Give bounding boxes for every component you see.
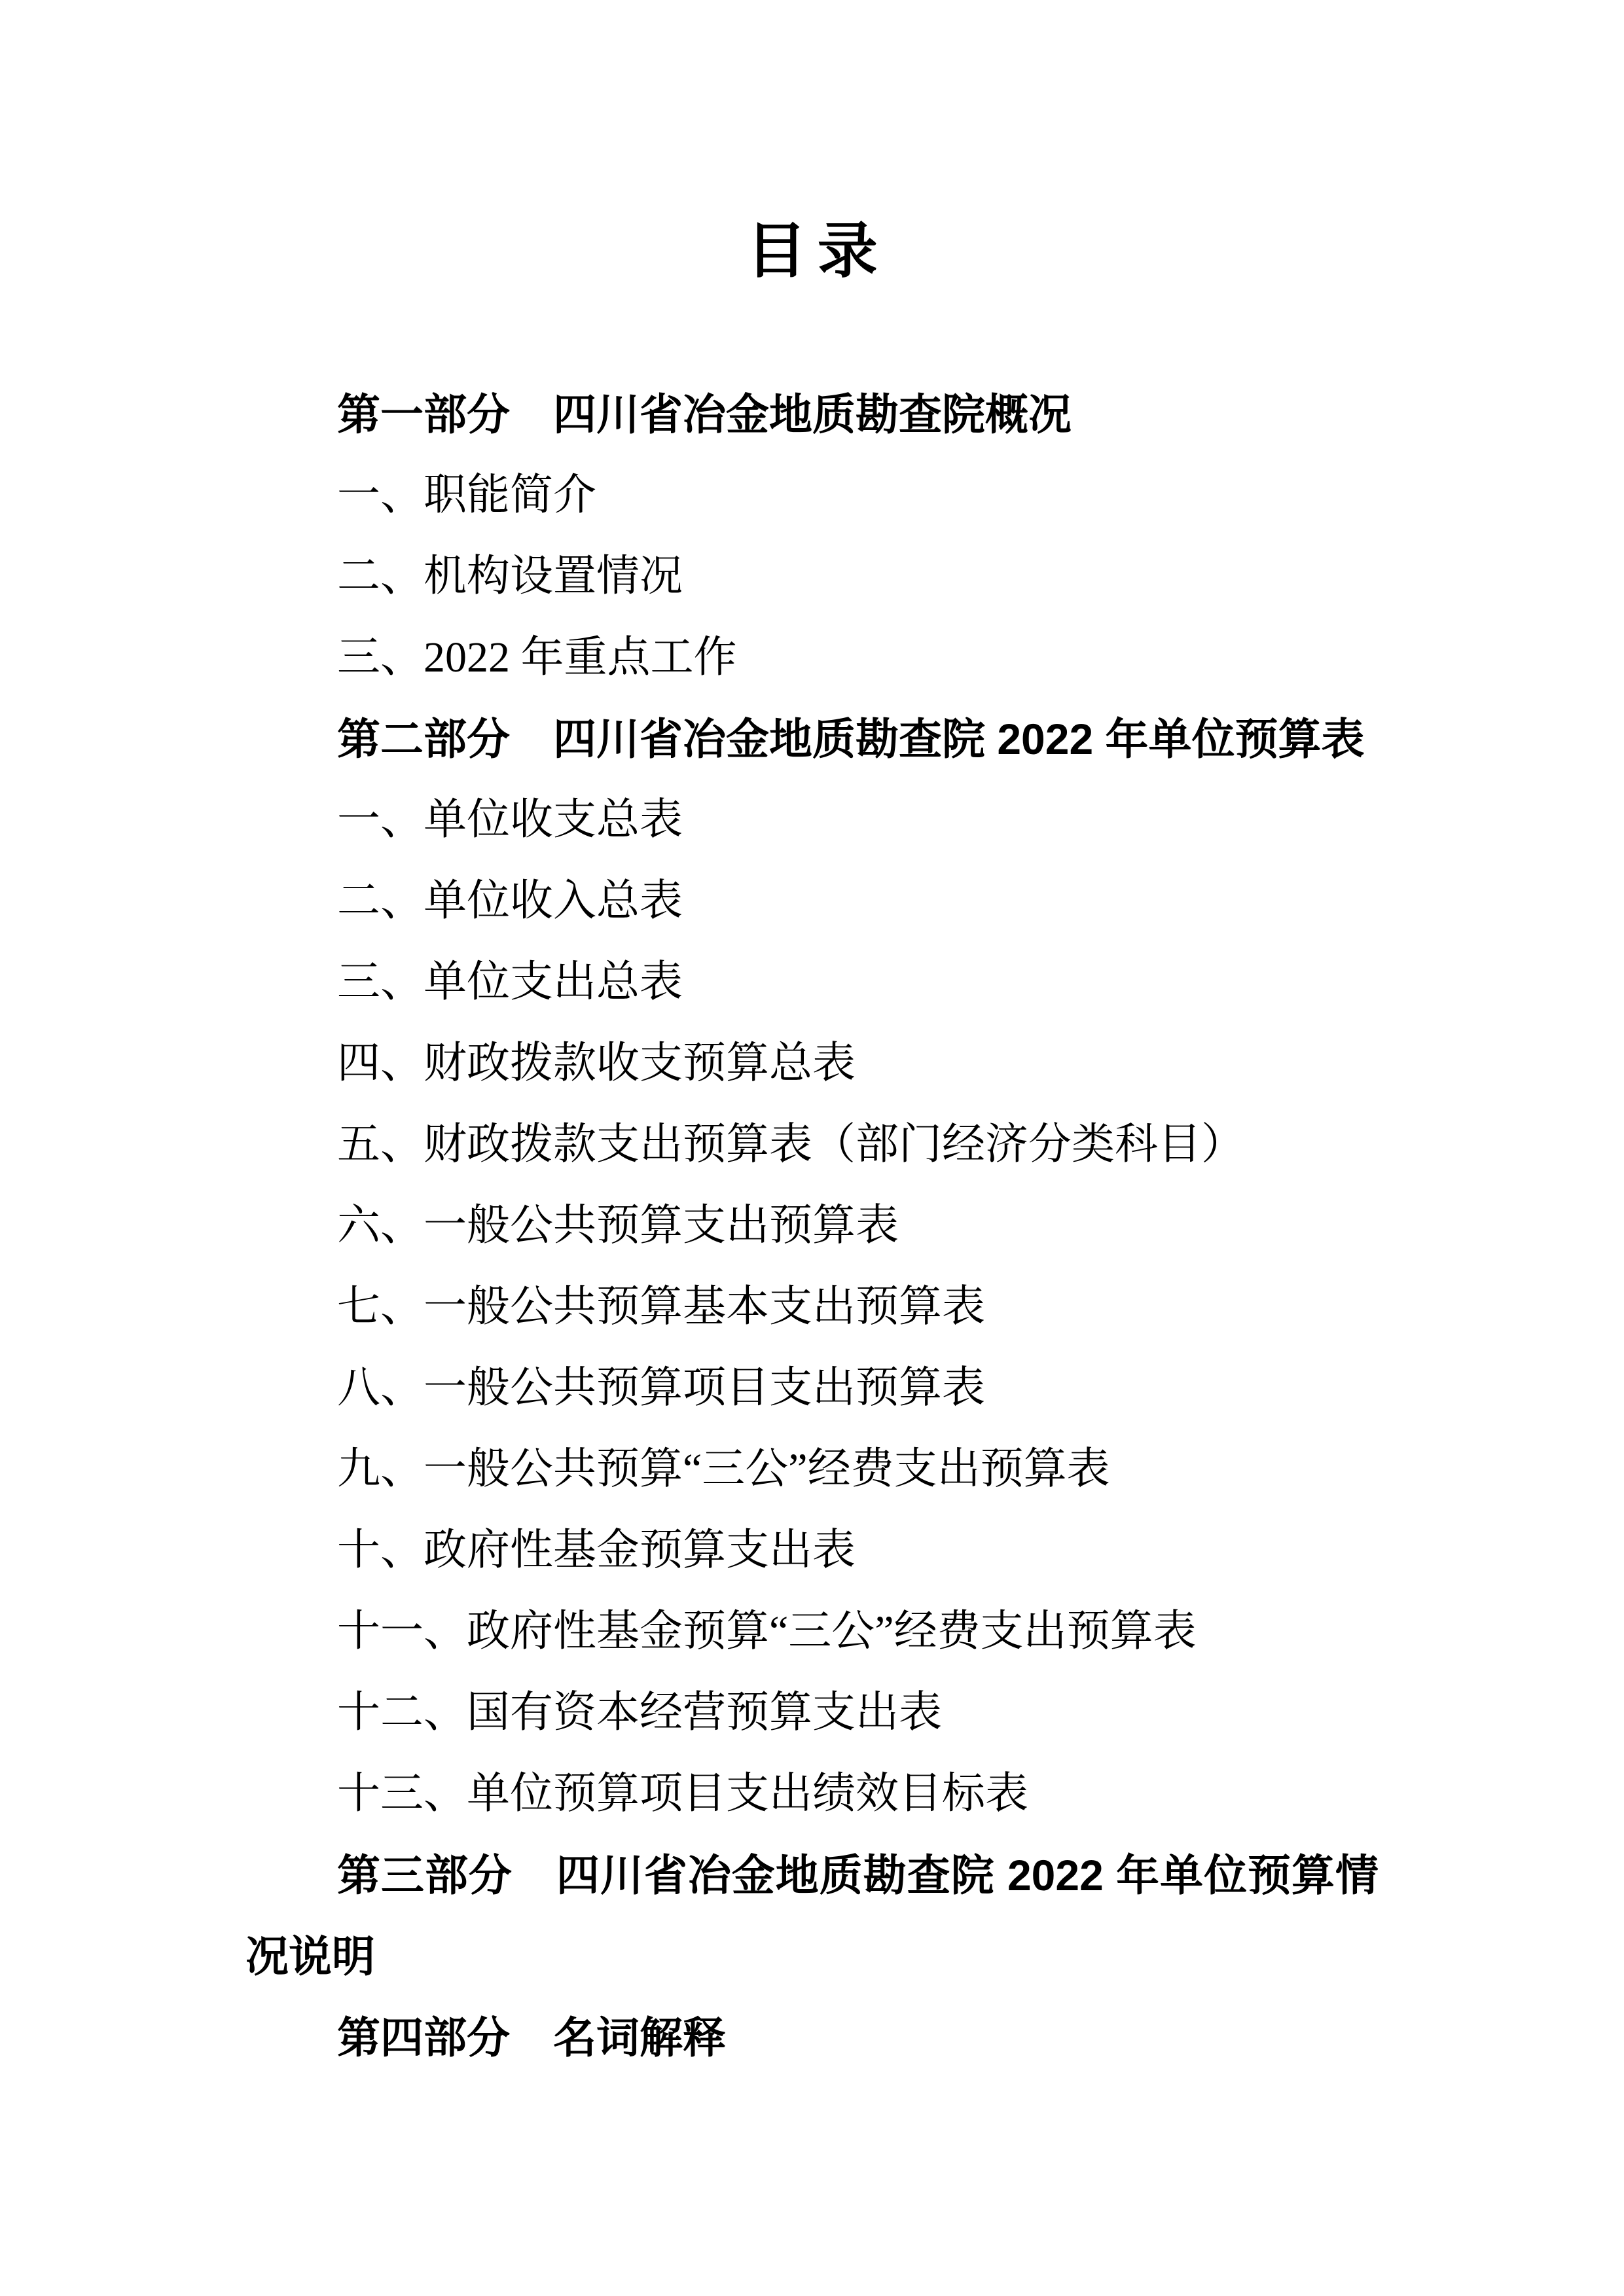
toc-heading: 第三部分 四川省冶金地质勘查院 2022 年单位预算情 <box>245 1835 1379 1916</box>
toc-heading: 况说明 <box>245 1916 1379 1997</box>
toc-heading: 第一部分 四川省冶金地质勘查院概况 <box>245 374 1379 455</box>
toc-item: 五、财政拨款支出预算表（部门经济分类科目） <box>245 1104 1379 1185</box>
toc-item: 十、政府性基金预算支出表 <box>245 1510 1379 1591</box>
toc-item: 一、单位收支总表 <box>245 780 1379 861</box>
toc-item: 二、单位收入总表 <box>245 861 1379 942</box>
document-page: 目录 第一部分 四川省冶金地质勘查院概况一、职能简介二、机构设置情况三、2022… <box>0 0 1624 2296</box>
toc-item: 七、一般公共预算基本支出预算表 <box>245 1266 1379 1348</box>
page-title: 目录 <box>0 217 1624 287</box>
toc-item: 一、职能简介 <box>245 455 1379 536</box>
toc-heading: 第四部分 名词解释 <box>245 1997 1379 2078</box>
toc-item: 三、2022 年重点工作 <box>245 617 1379 698</box>
toc-item: 九、一般公共预算“三公”经费支出预算表 <box>245 1429 1379 1510</box>
toc-item: 四、财政拨款收支预算总表 <box>245 1023 1379 1104</box>
toc-item: 八、一般公共预算项目支出预算表 <box>245 1348 1379 1429</box>
toc-item: 二、机构设置情况 <box>245 536 1379 617</box>
toc-item: 十二、国有资本经营预算支出表 <box>245 1672 1379 1753</box>
table-of-contents: 第一部分 四川省冶金地质勘查院概况一、职能简介二、机构设置情况三、2022 年重… <box>245 374 1379 2078</box>
toc-item: 六、一般公共预算支出预算表 <box>245 1185 1379 1266</box>
toc-item: 十一、政府性基金预算“三公”经费支出预算表 <box>245 1591 1379 1672</box>
toc-heading: 第二部分 四川省冶金地质勘查院 2022 年单位预算表 <box>245 698 1379 780</box>
toc-item: 三、单位支出总表 <box>245 942 1379 1023</box>
toc-item: 十三、单位预算项目支出绩效目标表 <box>245 1753 1379 1835</box>
